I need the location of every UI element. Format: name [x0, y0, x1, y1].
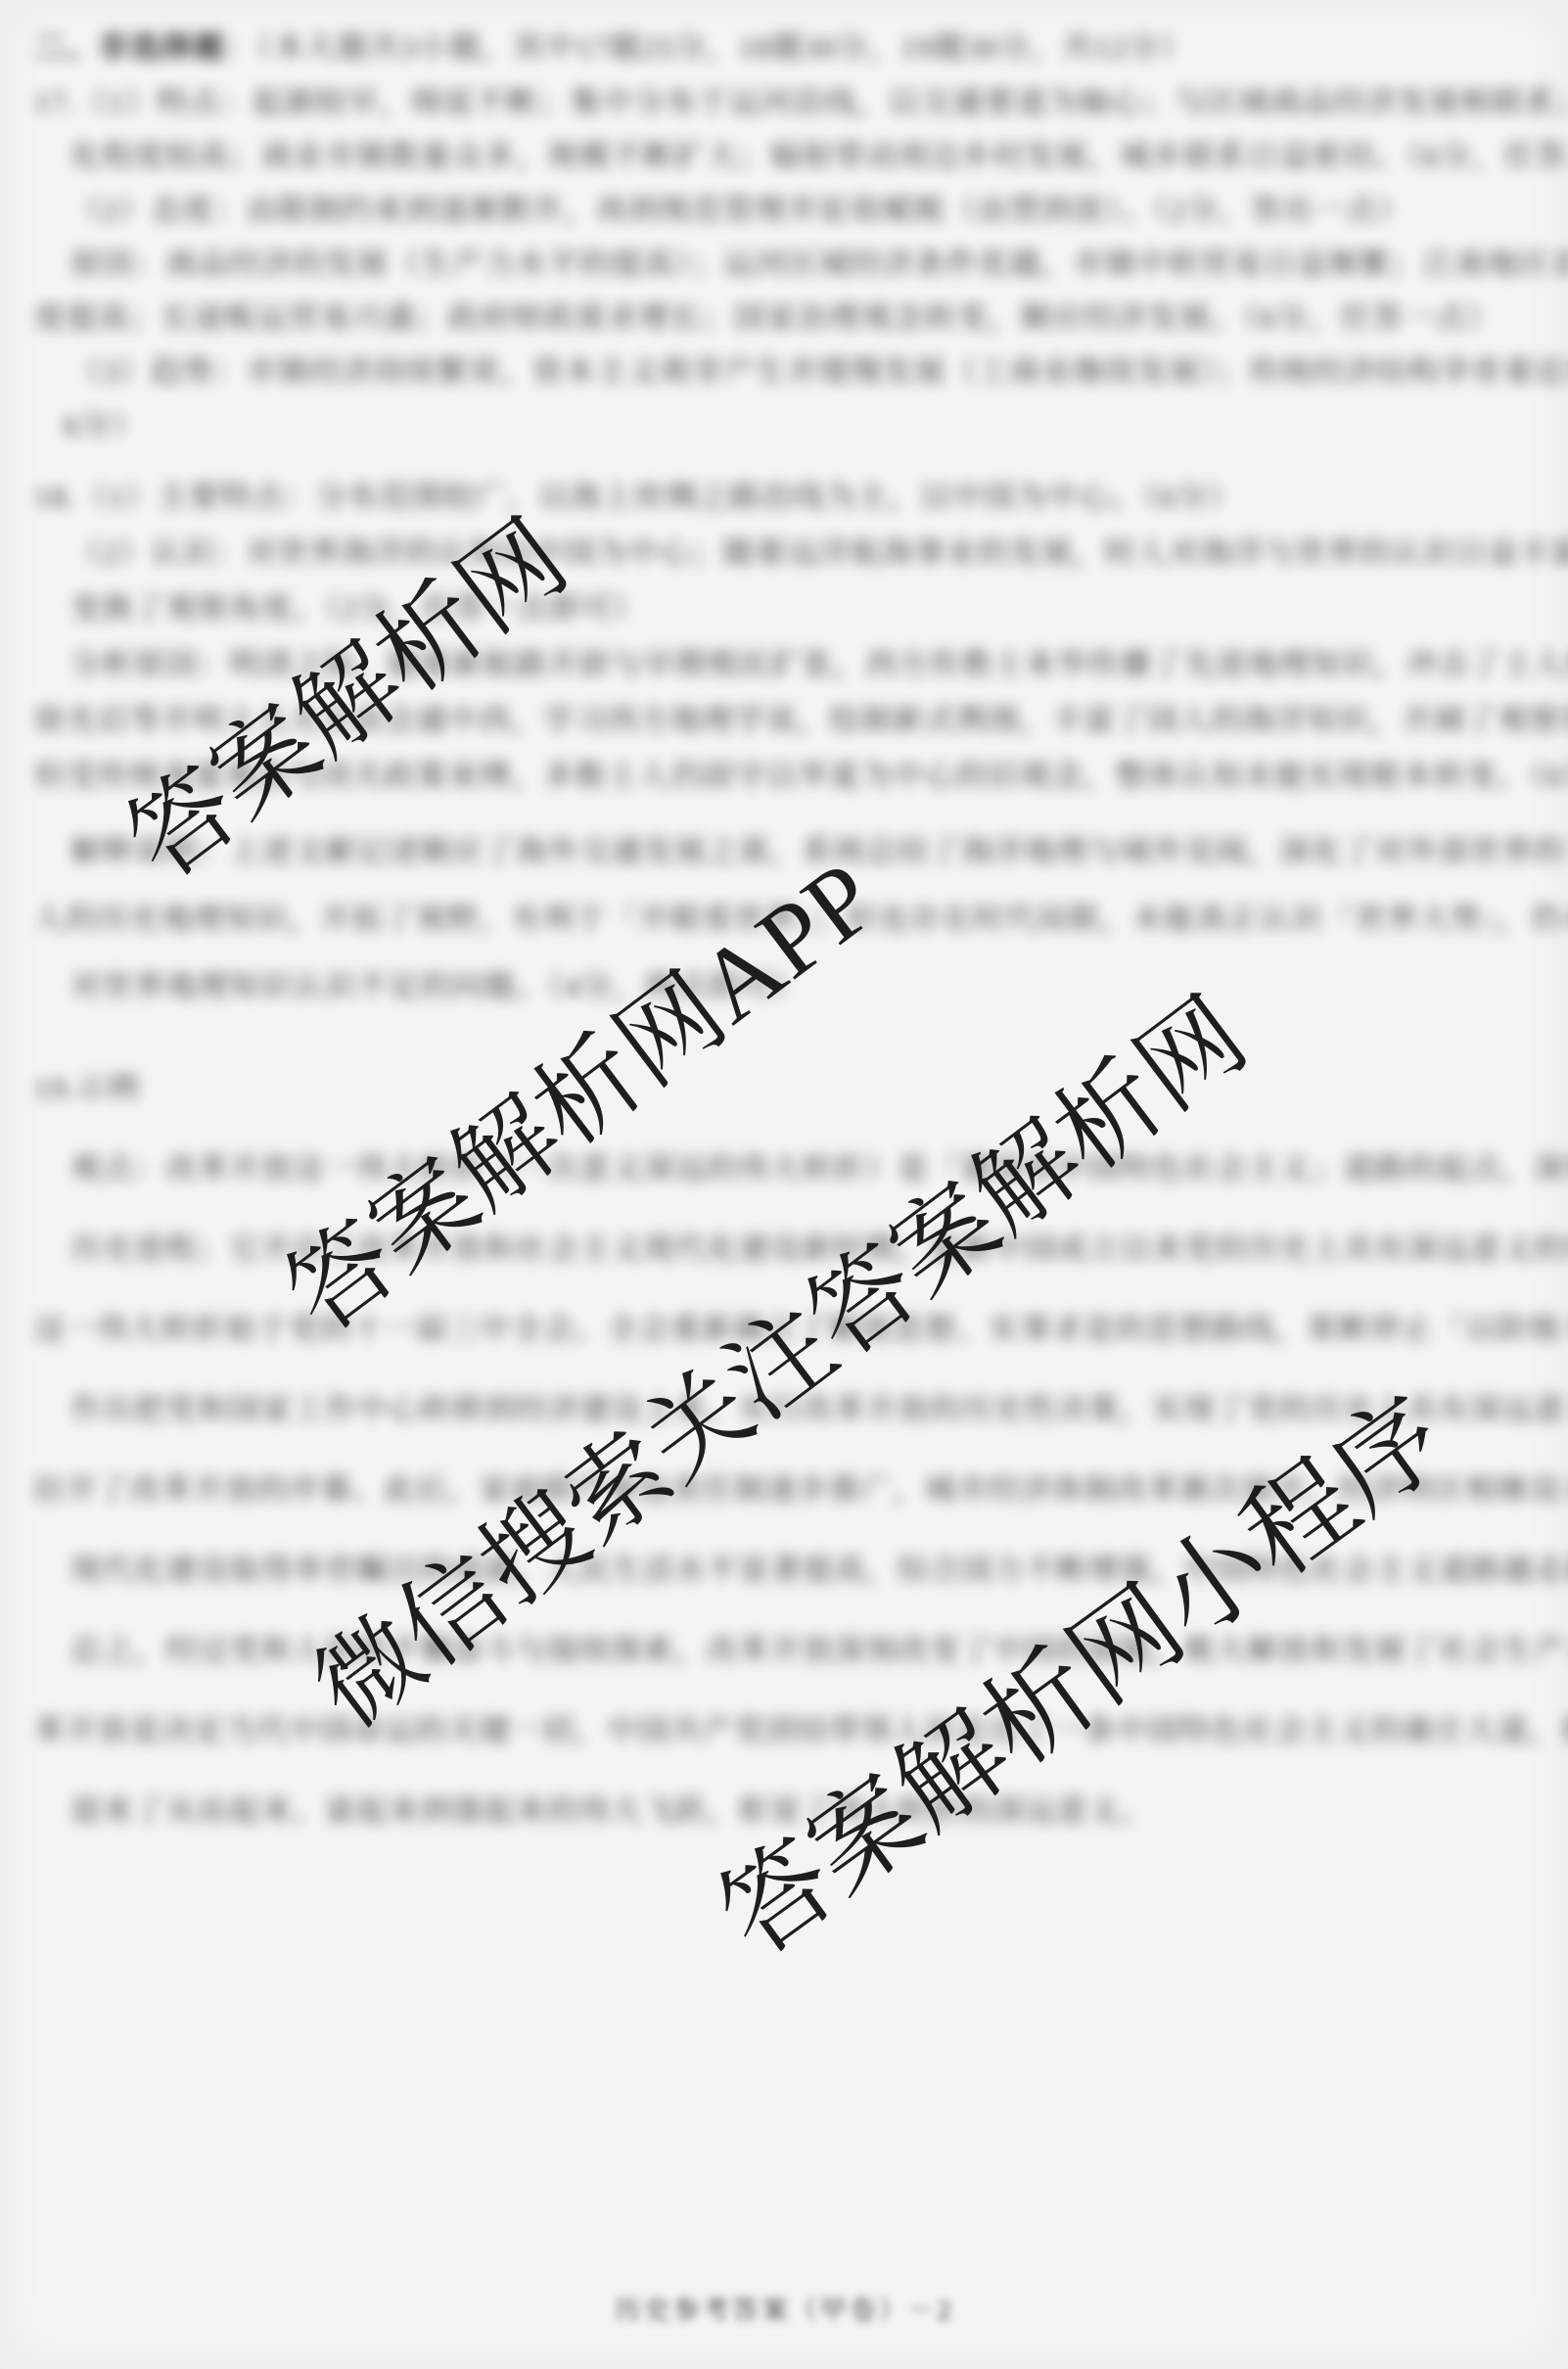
text-line: 度提高；长途贩运贸易兴盛；政府财政需求增长；国家治理观念转变，顺应经济发展。（6… [34, 300, 1499, 336]
text-line: 观点：改革开放这一伟大转折（一次意义深远的伟大转折）是「建设有中国特色社会主义」… [70, 1150, 1568, 1186]
text-line: （2）认识：对世界海洋的认知以中国为中心；随着远洋航海事业的发展，时人对海洋与世… [70, 534, 1568, 571]
text-line: 革开放是决定当代中国命运的关键一招，中国共产党团结带领人民走出了一条中国特色社会… [34, 1712, 1568, 1748]
text-line: 18.（1）主要特点：分布范围较广，以海上丝绸之路沿线为主，以中国为中心。（6分… [34, 479, 1240, 515]
text-line: （2）态度：由限制约束到逐渐默许，再到规范管理并征收赋税（由禁到放）。（2分，答… [70, 192, 1409, 228]
text-line: 17.（1）特点：起源较早，绵延不断；集中分布于运河沿线，以交通要道为轴心；与区… [34, 84, 1568, 120]
section-header-bold: 二、非选择题 [34, 30, 225, 65]
text-line: 总之，经过党和人民的不懈奋斗与接续探索，改革开放深刻改变了中国的面貌，极大解放和… [70, 1632, 1568, 1668]
text-line: 化程度较高；商业市镇数量众多，规模不断扩大；辐射带动周边乡村发展，城乡联系日益密… [70, 138, 1568, 174]
text-line: 6分） [64, 407, 144, 443]
watermark-text: 答案解析网小程序 [703, 1380, 1463, 1974]
document-page: 历史参考答案（甲卷）－2 二、非选择题：（本大题共3小题，其中17题25分，18… [0, 0, 1568, 2369]
text-line: （3）趋势：市镇经济持续繁荣，资本主义萌芽产生并缓慢发展（工商业继续发展）；传统… [70, 353, 1568, 390]
text-line: 19.示例 [34, 1070, 140, 1106]
page-footer: 历史参考答案（甲卷）－2 [615, 2289, 954, 2327]
text-line: 原因：商品经济的发展（生产力水平的提高）；运河区域经济条件优越，市镇中转贸易日益… [70, 246, 1568, 282]
text-line: 二、非选择题：（本大题共3小题，其中17题25分，18题30分，19题30分，共… [34, 29, 1191, 66]
